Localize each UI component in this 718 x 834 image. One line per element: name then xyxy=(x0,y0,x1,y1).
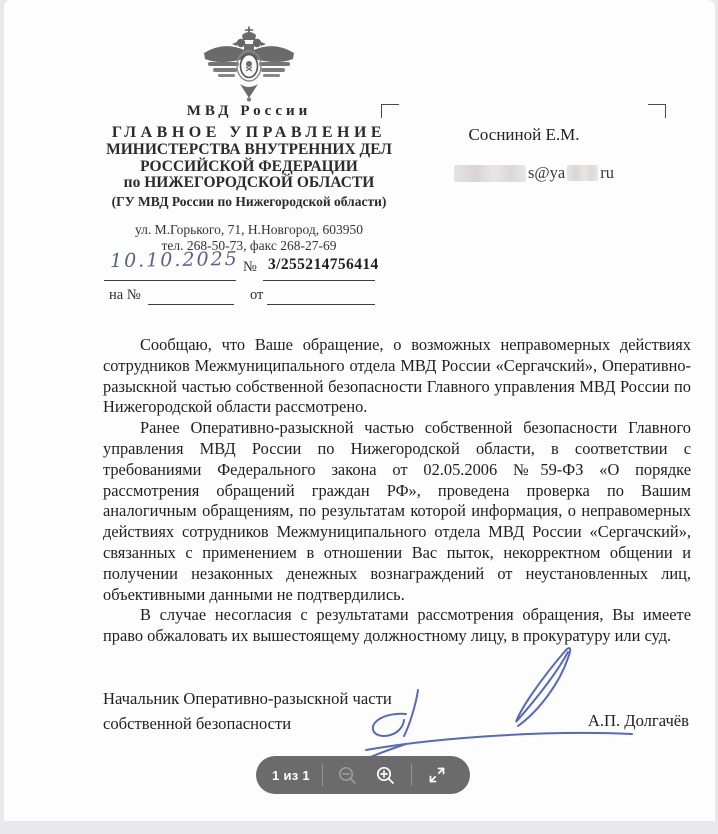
body-paragraph-2: Ранее Оперативно-разыскной частью собств… xyxy=(103,418,691,605)
reply-date-underline xyxy=(267,303,375,305)
letter-body: Сообщаю, что Ваше обращение, о возможных… xyxy=(103,335,691,647)
zoom-in-button[interactable] xyxy=(373,762,399,788)
outgoing-number: 3/255214756414 xyxy=(268,256,379,274)
address-corner-mark-left xyxy=(381,104,399,118)
org-line-2: МИНИСТЕРСТВА ВНУТРЕННИХ ДЕЛ xyxy=(90,142,408,159)
org-line-4: по НИЖЕГОРОДСКОЙ ОБЛАСТИ xyxy=(90,175,408,192)
org-line-3: РОССИЙСКОЙ ФЕДЕРАЦИИ xyxy=(90,159,408,176)
zoom-out-button[interactable] xyxy=(335,762,361,788)
email-domain-suffix: ru xyxy=(600,163,614,183)
viewer-toolbar: 1 из 1 xyxy=(256,756,470,794)
page-indicator: 1 из 1 xyxy=(272,768,310,783)
body-paragraph-1: Сообщаю, что Ваше обращение, о возможных… xyxy=(103,335,691,418)
reply-from-label: от xyxy=(250,287,263,304)
expand-arrows-icon xyxy=(428,766,446,784)
document-viewer: МВД России ГЛАВНОЕ УПРАВЛЕНИЕ МИНИСТЕРСТ… xyxy=(0,0,718,834)
letterhead: МВД России ГЛАВНОЕ УПРАВЛЕНИЕ МИНИСТЕРСТ… xyxy=(90,26,408,255)
scanned-letter-page: МВД России ГЛАВНОЕ УПРАВЛЕНИЕ МИНИСТЕРСТ… xyxy=(4,0,715,821)
handwritten-date: 10.10.2025 xyxy=(110,248,239,272)
org-line-1: ГЛАВНОЕ УПРАВЛЕНИЕ xyxy=(90,124,408,142)
org-short-name: МВД России xyxy=(90,103,408,120)
email-redacted-block xyxy=(567,165,598,181)
date-underline xyxy=(104,279,236,281)
magnifier-plus-icon xyxy=(375,765,396,786)
reply-number-underline xyxy=(148,303,234,305)
recipient-email: s@ya ru xyxy=(454,163,614,183)
email-redacted-block xyxy=(454,165,526,182)
body-paragraph-3: В случае несогласия с результатами рассм… xyxy=(103,605,691,647)
toolbar-divider xyxy=(411,764,412,786)
org-abbreviation: (ГУ МВД России по Нижегородской области) xyxy=(90,194,408,210)
toolbar-divider xyxy=(322,764,323,786)
reply-to-label: на № xyxy=(109,287,141,304)
fullscreen-button[interactable] xyxy=(424,762,450,788)
handwritten-signature xyxy=(344,644,644,774)
mvd-eagle-emblem-icon xyxy=(202,26,296,102)
recipient-name: Сосниной Е.М. xyxy=(434,125,614,145)
number-underline xyxy=(263,279,375,281)
magnifier-minus-icon xyxy=(337,765,358,786)
email-visible-text: s@ya xyxy=(528,163,565,183)
address-line: ул. М.Горького, 71, Н.Новгород, 603950 xyxy=(90,222,408,239)
reference-block: 10.10.2025 № 3/255214756414 на № от xyxy=(90,250,400,314)
address-corner-mark-right xyxy=(648,104,666,118)
number-label: № xyxy=(243,259,257,276)
